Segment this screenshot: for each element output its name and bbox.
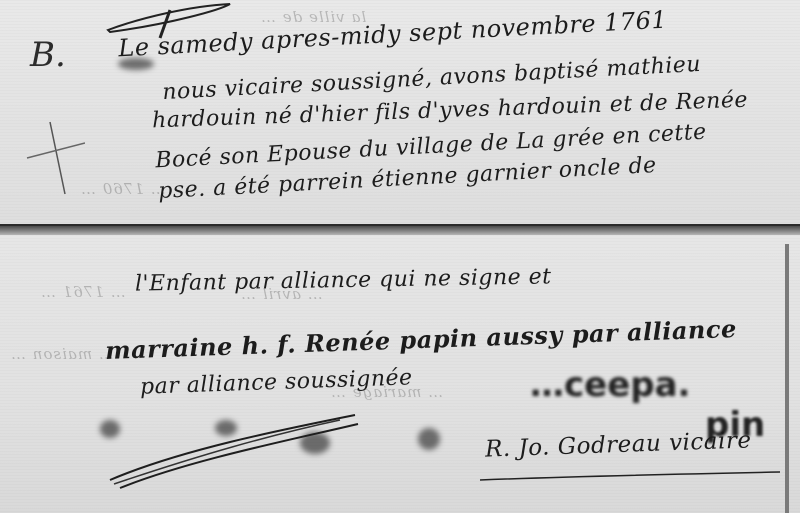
bleed-through-text: … 1760 … <box>80 180 166 198</box>
ink-blot <box>418 428 440 450</box>
margin-note: B. <box>30 35 66 75</box>
cross-mark-icon <box>25 118 85 198</box>
signature-underline <box>480 470 780 482</box>
sheet-separator <box>0 226 800 235</box>
blotted-name: …ceepa. <box>530 365 690 405</box>
register-page-top: la ville de … … 1760 … B. Le samedy apre… <box>0 0 800 226</box>
page-edge <box>785 244 789 513</box>
bleed-through-text: … maison … <box>10 345 114 363</box>
strikethrough-scribble-icon <box>100 410 360 490</box>
bleed-through-text: … 1761 … <box>40 283 126 301</box>
